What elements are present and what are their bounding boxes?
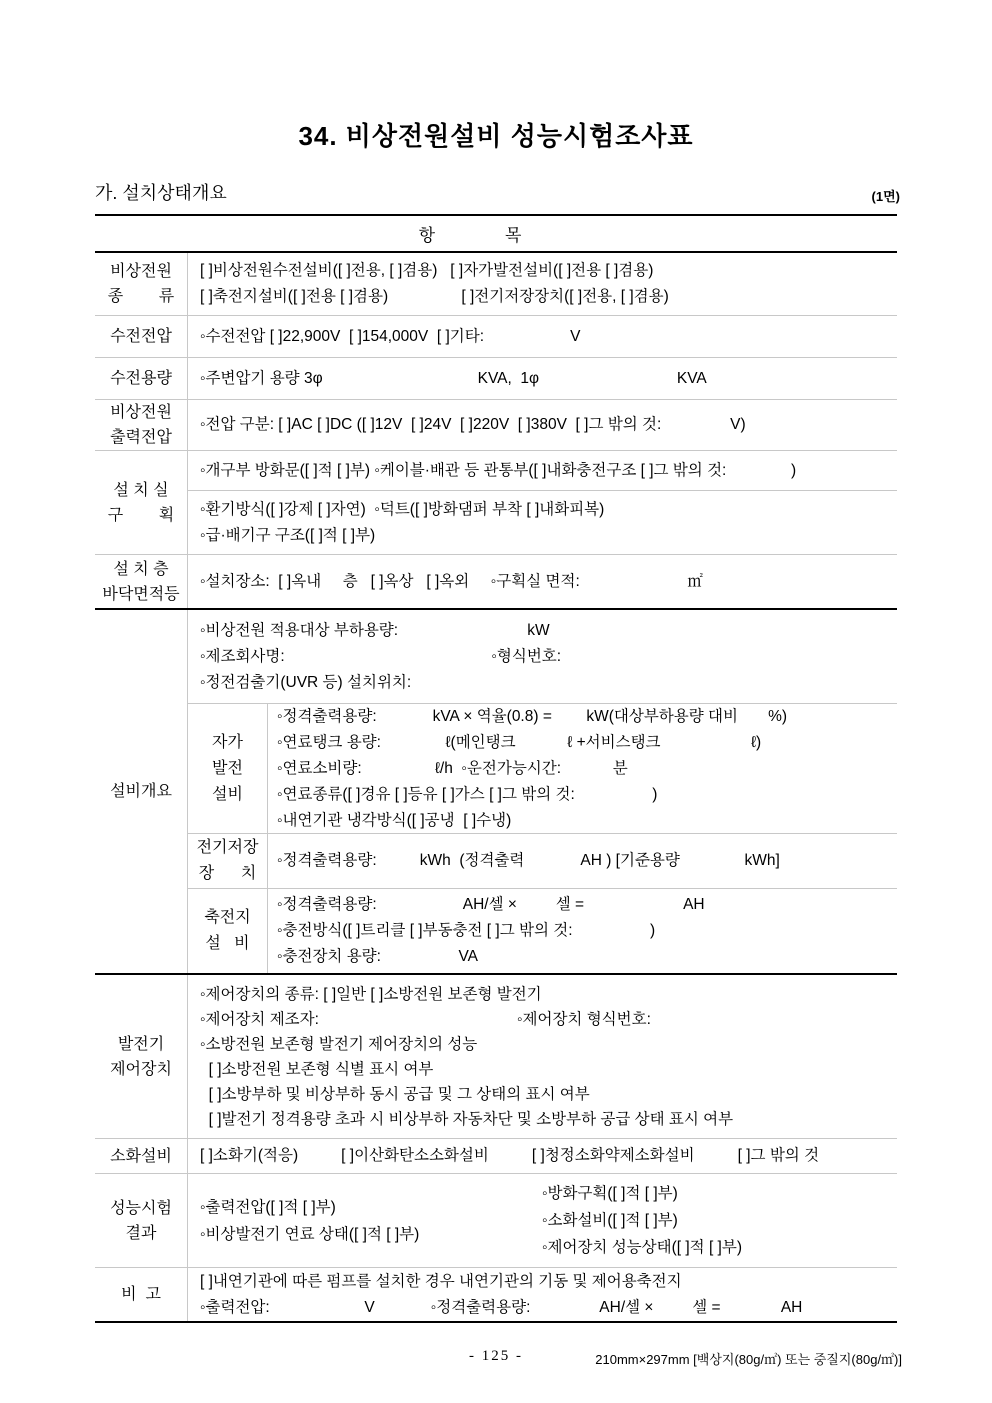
subrow-content: ◦정격출력용량: AH/셀 × 셀 = AH ◦충전방식([ ]트리클 [ ]부…: [268, 889, 897, 973]
performance-test-right-column: ◦방화구획([ ]적 [ ]부) ◦소화설비([ ]적 [ ]부) ◦제어장치 …: [542, 1174, 897, 1267]
table-row-power-kinds: 비상전원 종 류 [ ]비상전원수전설비([ ]전용, [ ]겸용) [ ]자가…: [95, 253, 897, 316]
row-label-line: 바닥면적등: [102, 582, 179, 607]
form-line: ◦연료탱크 용량: ℓ(메인탱크 ℓ +서비스탱크 ℓ): [277, 730, 897, 756]
form-line: ◦소화설비([ ]적 [ ]부): [542, 1207, 897, 1234]
row-label-floor-area: 설 치 층 바닥면적등: [95, 555, 188, 608]
row-label-line: 수전전압: [110, 324, 172, 349]
form-line: [ ]소화기(적응) [ ]이산화탄소소화설비 [ ]청정소화약제소화설비 [ …: [200, 1143, 897, 1169]
table-row-receive-voltage: 수전전압 ◦수전전압 [ ]22,900V [ ]154,000V [ ]기타:…: [95, 316, 897, 358]
row-content: [ ]소화기(적응) [ ]이산화탄소소화설비 [ ]청정소화약제소화설비 [ …: [188, 1139, 897, 1173]
row-content: ◦수전전압 [ ]22,900V [ ]154,000V [ ]기타: V: [188, 316, 897, 357]
performance-test-left-column: ◦출력전압([ ]적 [ ]부) ◦비상발전기 연료 상태([ ]적 [ ]부): [200, 1174, 542, 1267]
row-label-power-kinds: 비상전원 종 류: [95, 253, 188, 315]
form-line: ◦연료소비량: ℓ/h ◦운전가능시간: 분: [277, 756, 897, 782]
form-line: [ ]소방전원 보존형 식별 표시 여부: [200, 1057, 897, 1082]
form-line: ◦내연기관 냉각방식([ ]공냉 [ ]수냉): [277, 808, 897, 834]
form-line: ◦정격출력용량: AH/셀 × 셀 = AH: [277, 892, 897, 918]
form-line: [ ]소방부하 및 비상부하 동시 공급 및 그 상태의 표시 여부: [200, 1082, 897, 1107]
room-subrow-ventilation: ◦환기방식([ ]강제 [ ]자연) ◦덕트([ ]방화댐퍼 부착 [ ]내화피…: [188, 491, 897, 554]
form-line: ◦개구부 방화문([ ]적 [ ]부) ◦케이블·배관 등 관통부([ ]내화충…: [200, 458, 897, 484]
form-line: ◦정격출력용량: kVA × 역율(0.8) = kW(대상부하용량 대비 %): [277, 704, 897, 730]
form-line: ◦비상발전기 연료 상태([ ]적 [ ]부): [200, 1221, 542, 1248]
row-label-line: 설 치 실: [113, 478, 168, 503]
row-label-line: 성능시험: [110, 1196, 172, 1221]
table-row-generator-control: 발전기 제어장치 ◦제어장치의 종류: [ ]일반 [ ]소방전원 보존형 발전…: [95, 975, 897, 1139]
row-content: [ ]비상전원수전설비([ ]전용, [ ]겸용) [ ]자가발전설비([ ]전…: [188, 253, 897, 315]
row-label-line: 구 획: [108, 503, 174, 528]
table-row-fire-extinguishing: 소화설비 [ ]소화기(적응) [ ]이산화탄소소화설비 [ ]청정소화약제소화…: [95, 1139, 897, 1174]
subrow-label-electric-storage: 전기저장 장 치: [188, 834, 268, 888]
subheader: 가. 설치상태개요 (1면): [95, 179, 900, 205]
row-label-line: 발전: [212, 756, 243, 782]
page-footer: - 125 - 210mm×297mm [백상지(80g/㎡) 또는 중질지(8…: [0, 1348, 992, 1374]
table-header-item-right: 목: [505, 221, 521, 246]
table-row-floor-area: 설 치 층 바닥면적등 ◦설치장소: [ ]옥내 층 [ ]옥상 [ ]옥외 ◦…: [95, 555, 897, 610]
row-label-equipment-overview: 설비개요: [95, 610, 188, 973]
row-label-line: 제어장치: [110, 1057, 172, 1082]
table-row-performance-test: 성능시험 결과 ◦출력전압([ ]적 [ ]부) ◦비상발전기 연료 상태([ …: [95, 1174, 897, 1268]
row-label-line: 축전지: [204, 905, 250, 931]
form-line: ◦비상전원 적용대상 부하용량: kW: [200, 618, 897, 644]
form-line: [ ]비상전원수전설비([ ]전용, [ ]겸용) [ ]자가발전설비([ ]전…: [200, 258, 897, 284]
overview-subrow-battery: 축전지 설 비 ◦정격출력용량: AH/셀 × 셀 = AH ◦충전방식([ ]…: [188, 889, 897, 973]
table-row-receive-capacity: 수전용량 ◦주변압기 용량 3φ KVA, 1φ KVA: [95, 358, 897, 400]
row-label-line: 설비: [212, 782, 243, 808]
form-line: ◦환기방식([ ]강제 [ ]자연) ◦덕트([ ]방화댐퍼 부착 [ ]내화피…: [200, 497, 897, 523]
page-note: (1면): [872, 186, 900, 205]
row-content: [ ]내연기관에 따른 펌프를 설치한 경우 내연기관의 기동 및 제어용축전지…: [188, 1268, 897, 1321]
form-line: ◦수전전압 [ ]22,900V [ ]154,000V [ ]기타: V: [200, 324, 897, 350]
survey-table: 항 목 비상전원 종 류 [ ]비상전원수전설비([ ]전용, [ ]겸용) […: [95, 214, 897, 1323]
form-line: ◦설치장소: [ ]옥내 층 [ ]옥상 [ ]옥외 ◦구획실 면적: ㎡: [200, 569, 897, 595]
row-label-receive-voltage: 수전전압: [95, 316, 188, 357]
row-label-line: 자가: [212, 730, 243, 756]
form-line: ◦제조회사명: ◦형식번호:: [200, 644, 897, 670]
subrow-content: ◦정격출력용량: kVA × 역율(0.8) = kW(대상부하용량 대비 %)…: [268, 704, 897, 833]
row-label-generator-control: 발전기 제어장치: [95, 975, 188, 1138]
row-label-fire-extinguishing: 소화설비: [95, 1139, 188, 1173]
form-line: [ ]발전기 정격용량 초과 시 비상부하 자동차단 및 소방부하 공급 상태 …: [200, 1107, 897, 1132]
form-line: ◦제어장치의 종류: [ ]일반 [ ]소방전원 보존형 발전기: [200, 982, 897, 1007]
form-line: ◦전압 구분: [ ]AC [ ]DC ([ ]12V [ ]24V [ ]22…: [200, 412, 897, 438]
form-line: ◦연료종류([ ]경유 [ ]등유 [ ]가스 [ ]그 밖의 것: ): [277, 782, 897, 808]
row-label-line: 전기저장: [197, 835, 259, 861]
row-label-line: 수전용량: [110, 366, 172, 391]
form-line: ◦제어장치 성능상태([ ]적 [ ]부): [542, 1234, 897, 1261]
subrow-label-battery: 축전지 설 비: [188, 889, 268, 973]
row-label-line: 설비개요: [110, 779, 172, 804]
room-subrow-openings: ◦개구부 방화문([ ]적 [ ]부) ◦케이블·배관 등 관통부([ ]내화충…: [188, 451, 897, 491]
overview-intro-block: ◦비상전원 적용대상 부하용량: kW ◦제조회사명: ◦형식번호: ◦정전검출…: [188, 610, 897, 704]
form-line: ◦급·배기구 구조([ ]적 [ ]부): [200, 523, 897, 549]
form-line: ◦제어장치 제조자: ◦제어장치 형식번호:: [200, 1007, 897, 1032]
form-line: ◦방화구획([ ]적 [ ]부): [542, 1180, 897, 1207]
form-line: ◦소방전원 보존형 발전기 제어장치의 성능: [200, 1032, 897, 1057]
row-content: ◦전압 구분: [ ]AC [ ]DC ([ ]12V [ ]24V [ ]22…: [188, 400, 897, 450]
row-content: ◦제어장치의 종류: [ ]일반 [ ]소방전원 보존형 발전기 ◦제어장치 제…: [188, 975, 897, 1138]
form-line: ◦출력전압([ ]적 [ ]부): [200, 1194, 542, 1221]
row-content: ◦주변압기 용량 3φ KVA, 1φ KVA: [188, 358, 897, 399]
document-title: 34. 비상전원설비 성능시험조사표: [0, 0, 992, 153]
row-content: ◦출력전압([ ]적 [ ]부) ◦비상발전기 연료 상태([ ]적 [ ]부)…: [188, 1174, 897, 1267]
row-label-room-partition: 설 치 실 구 획: [95, 451, 188, 554]
row-label-line: 결과: [126, 1221, 157, 1246]
row-label-line: 설 비: [205, 931, 249, 957]
row-label-line: 비상전원: [110, 259, 172, 284]
overview-subrow-electric-storage: 전기저장 장 치 ◦정격출력용량: kWh (정격출력 AH ) [기준용량 k…: [188, 834, 897, 889]
table-row-equipment-overview: 설비개요 ◦비상전원 적용대상 부하용량: kW ◦제조회사명: ◦형식번호: …: [95, 610, 897, 975]
row-label-performance-test: 성능시험 결과: [95, 1174, 188, 1267]
form-line: ◦충전방식([ ]트리클 [ ]부동충전 [ ]그 밖의 것: ): [277, 918, 897, 944]
row-label-line: 비 고: [121, 1282, 161, 1307]
row-label-line: 출력전압: [110, 425, 172, 450]
section-label: 가. 설치상태개요: [95, 179, 227, 205]
table-row-output-voltage: 비상전원 출력전압 ◦전압 구분: [ ]AC [ ]DC ([ ]12V [ …: [95, 400, 897, 451]
form-line: ◦주변압기 용량 3φ KVA, 1φ KVA: [200, 366, 897, 392]
form-line: ◦출력전압: V ◦정격출력용량: AH/셀 × 셀 = AH: [200, 1295, 897, 1321]
row-label-output-voltage: 비상전원 출력전압: [95, 400, 188, 450]
row-label-remarks: 비 고: [95, 1268, 188, 1321]
document-page: 34. 비상전원설비 성능시험조사표 가. 설치상태개요 (1면) 항 목 비상…: [0, 0, 992, 1403]
overview-subrow-self-generator: 자가 발전 설비 ◦정격출력용량: kVA × 역율(0.8) = kW(대상부…: [188, 704, 897, 834]
row-label-receive-capacity: 수전용량: [95, 358, 188, 399]
row-label-line: 종 류: [108, 284, 174, 309]
row-label-line: 비상전원: [110, 400, 172, 425]
row-label-line: 설 치 층: [113, 557, 168, 582]
subrow-label-self-generator: 자가 발전 설비: [188, 704, 268, 833]
form-line: ◦정격출력용량: kWh (정격출력 AH ) [기준용량 kWh]: [277, 848, 897, 874]
row-label-line: 장 치: [199, 861, 257, 887]
paper-spec-note: 210mm×297mm [백상지(80g/㎡) 또는 중질지(80g/㎡)]: [595, 1349, 902, 1368]
form-line: ◦정전검출기(UVR 등) 설치위치:: [200, 670, 897, 696]
table-row-remarks: 비 고 [ ]내연기관에 따른 펌프를 설치한 경우 내연기관의 기동 및 제어…: [95, 1268, 897, 1323]
row-label-line: 발전기: [118, 1032, 164, 1057]
row-content: ◦개구부 방화문([ ]적 [ ]부) ◦케이블·배관 등 관통부([ ]내화충…: [188, 451, 897, 554]
row-content: ◦비상전원 적용대상 부하용량: kW ◦제조회사명: ◦형식번호: ◦정전검출…: [188, 610, 897, 973]
subrow-content: ◦정격출력용량: kWh (정격출력 AH ) [기준용량 kWh]: [268, 834, 897, 888]
table-header-row: 항 목: [95, 216, 897, 253]
form-line: ◦충전장치 용량: VA: [277, 944, 897, 970]
table-header-item-left: 항: [419, 221, 435, 246]
row-label-line: 소화설비: [110, 1144, 172, 1169]
form-line: [ ]내연기관에 따른 펌프를 설치한 경우 내연기관의 기동 및 제어용축전지: [200, 1269, 897, 1295]
row-content: ◦설치장소: [ ]옥내 층 [ ]옥상 [ ]옥외 ◦구획실 면적: ㎡: [188, 555, 897, 608]
form-line: [ ]축전지설비([ ]전용 [ ]겸용) [ ]전기저장장치([ ]전용, […: [200, 284, 897, 310]
table-row-room-partition: 설 치 실 구 획 ◦개구부 방화문([ ]적 [ ]부) ◦케이블·배관 등 …: [95, 451, 897, 555]
